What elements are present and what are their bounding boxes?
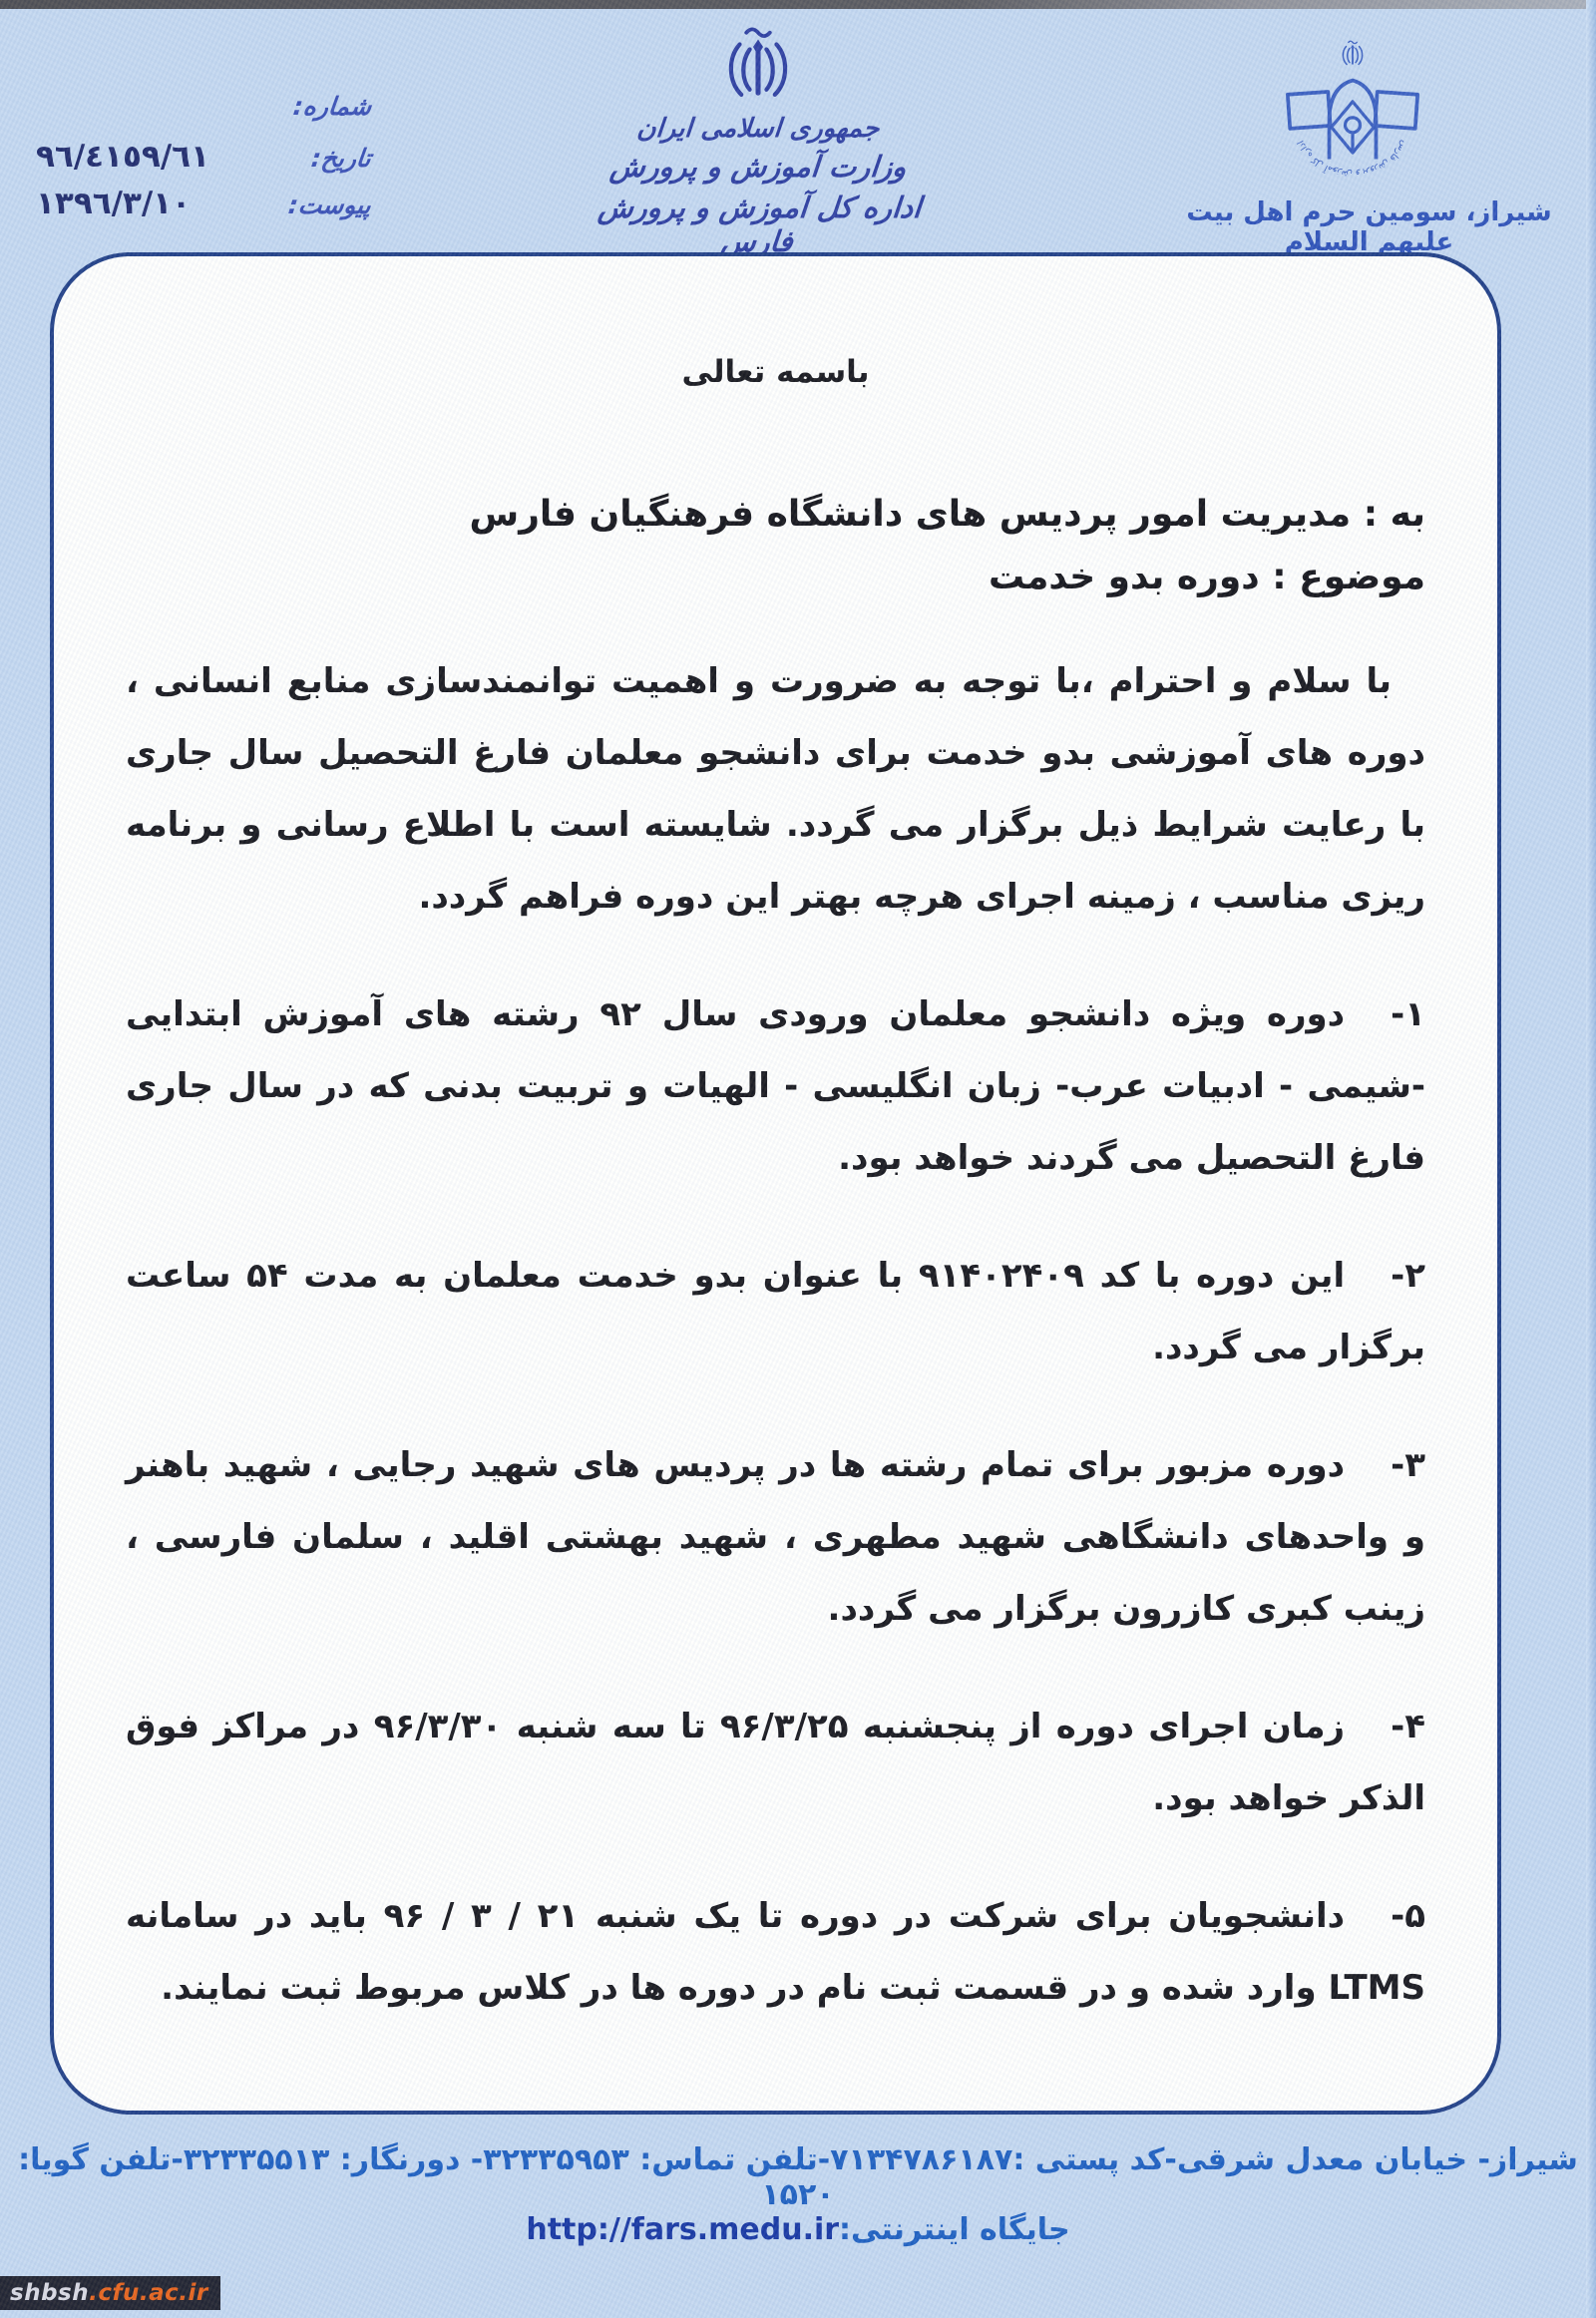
meta-row-number: شماره:: [36, 92, 371, 139]
scan-edge-top: [0, 0, 1596, 9]
item-text: دوره مزبور برای تمام رشته ها در پردیس ها…: [126, 1445, 1425, 1629]
intro-paragraph: با سلام و احترام ،با توجه به ضرورت و اهم…: [126, 645, 1425, 933]
item-number: ۵-: [1391, 1896, 1425, 1936]
item-number: ۳-: [1391, 1445, 1425, 1485]
letter-number-value: ٩٦/٤١٥٩/٦١: [36, 139, 209, 175]
bismillah: باسمه تعالی: [126, 354, 1425, 390]
fars-education-logo-icon: اداره کل آموزش و پرورش فارس: [1275, 40, 1430, 199]
list-item-1: ۱-دوره ویژه دانشجو معلمان ورودی سال ۹۲ ر…: [126, 978, 1425, 1194]
letterhead-center: جمهوری اسلامی ایران وزارت آموزش و پرورش …: [579, 26, 938, 258]
list-item-3: ۳-دوره مزبور برای تمام رشته ها در پردیس …: [126, 1429, 1425, 1645]
letter-body: باسمه تعالی به : مدیریت امور پردیس های د…: [50, 252, 1501, 2115]
website-label: جایگاه اینترنتی:: [839, 2212, 1070, 2247]
watermark-prefix: shbsh: [10, 2276, 89, 2310]
scanned-letter-page: شماره: تاریخ: ٩٦/٤١٥٩/٦١ پیوست: ١٣٩٦/٣/١…: [0, 0, 1596, 2318]
meta-row-date: تاریخ: ٩٦/٤١٥٩/٦١: [36, 139, 371, 186]
subject-line: موضوع : دوره بدو خدمت: [126, 557, 1425, 597]
letter-date-value: ١٣٩٦/٣/١٠: [36, 186, 191, 221]
number-label: شماره:: [291, 92, 372, 121]
attachment-label: پیوست:: [287, 191, 373, 219]
item-text: دانشجویان برای شرکت در دوره تا یک شنبه ۲…: [126, 1896, 1425, 2008]
item-number: ۱-: [1391, 994, 1425, 1034]
item-text: این دوره با کد ۹۱۴۰۲۴۰۹ با عنوان بدو خدم…: [126, 1256, 1425, 1367]
meta-row-attachment: پیوست: ١٣٩٦/٣/١٠: [36, 186, 371, 232]
scan-edge-right: [1586, 0, 1596, 2318]
shiraz-slogan: شیراز، سومین حرم اهل بیت علیهم السلام: [1147, 197, 1591, 257]
iran-emblem-icon: [716, 26, 800, 110]
list-item-2: ۲-این دوره با کد ۹۱۴۰۲۴۰۹ با عنوان بدو خ…: [126, 1240, 1425, 1383]
list-item-4: ۴-زمان اجرای دوره از پنجشنبه ۹۶/۳/۲۵ تا …: [126, 1691, 1425, 1834]
watermark-suffix: .cfu.ac.ir: [89, 2276, 208, 2310]
country-name: جمهوری اسلامی ایران: [578, 114, 940, 144]
footer-website-line: جایگاه اینترنتی:http://fars.medu.ir: [0, 2212, 1596, 2247]
footer-address: شیراز- خیابان معدل شرقی-کد پستی :۷۱۳۴۷۸۶…: [0, 2142, 1596, 2212]
item-number: ۴-: [1391, 1707, 1425, 1746]
ministry-name: وزارت آموزش و پرورش: [578, 150, 940, 184]
list-item-5: ۵-دانشجویان برای شرکت در دوره تا یک شنبه…: [126, 1880, 1425, 2024]
website-url: http://fars.medu.ir: [526, 2212, 839, 2247]
date-label: تاریخ:: [310, 144, 373, 173]
site-watermark: shbsh.cfu.ac.ir: [0, 2276, 220, 2310]
item-text: دوره ویژه دانشجو معلمان ورودی سال ۹۲ رشت…: [126, 994, 1425, 1178]
letterhead-meta: شماره: تاریخ: ٩٦/٤١٥٩/٦١ پیوست: ١٣٩٦/٣/١…: [36, 92, 371, 232]
item-text: زمان اجرای دوره از پنجشنبه ۹۶/۳/۲۵ تا سه…: [126, 1707, 1425, 1818]
recipient-line: به : مدیریت امور پردیس های دانشگاه فرهنگ…: [126, 494, 1425, 535]
department-name: اداره کل آموزش و پرورش فارس: [576, 191, 941, 258]
item-number: ۲-: [1391, 1256, 1425, 1296]
